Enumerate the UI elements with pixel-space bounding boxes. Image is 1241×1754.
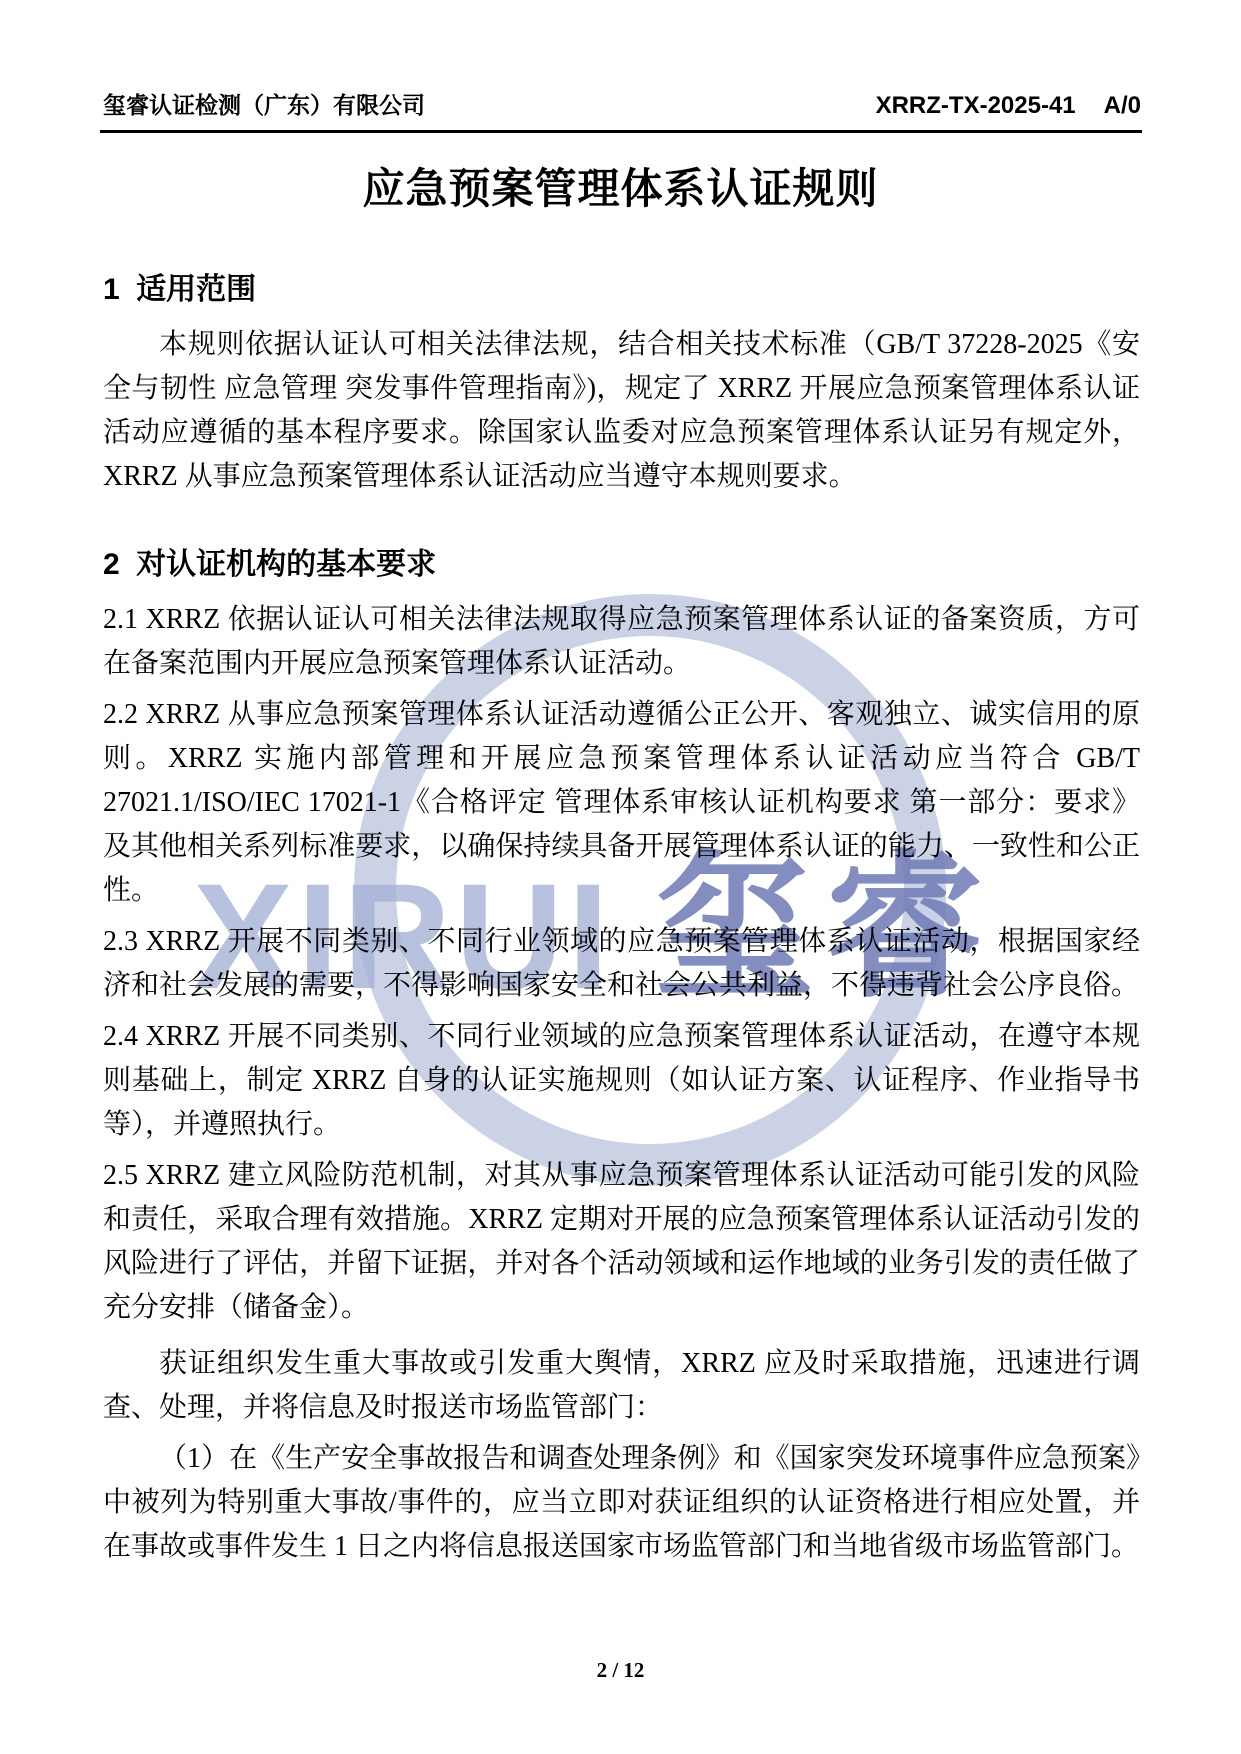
document-page: XIRUI 玺睿 玺睿认证检测（广东）有限公司 XRRZ-TX-2025-41A… [0,0,1241,1754]
section-2-heading: 2对认证机构的基本要求 [103,540,1140,590]
header-doc-ref: XRRZ-TX-2025-41A/0 [876,93,1141,119]
section-1-heading: 1适用范围 [103,265,1140,315]
page-header: 玺睿认证检测（广东）有限公司 XRRZ-TX-2025-41A/0 [103,92,1141,119]
paragraph: （1）在《生产安全事故报告和调查处理条例》和《国家突发环境事件应急预案》中被列为… [103,1437,1140,1569]
page-number: 2 / 12 [597,1658,645,1682]
paragraph: 获证组织发生重大事故或引发重大舆情，XRRZ 应及时采取措施，迅速进行调查、处理… [103,1342,1140,1430]
section-2-number: 2 [103,548,120,581]
section-1-number: 1 [103,273,120,306]
paragraph: 2.3 XRRZ 开展不同类别、不同行业领域的应急预案管理体系认证活动，根据国家… [103,920,1140,1008]
paragraph: 2.1 XRRZ 依据认证认可相关法律法规取得应急预案管理体系认证的备案资质，方… [103,598,1140,686]
section-2-title: 对认证机构的基本要求 [136,548,436,581]
header-revision: A/0 [1104,92,1141,119]
paragraph: 2.5 XRRZ 建立风险防范机制，对其从事应急预案管理体系认证活动可能引发的风… [103,1154,1140,1330]
header-divider [100,130,1142,133]
header-company-name: 玺睿认证检测（广东）有限公司 [103,92,425,118]
paragraph: 本规则依据认证认可相关法律法规，结合相关技术标准（GB/T 37228-2025… [103,323,1140,499]
page-title: 应急预案管理体系认证规则 [0,167,1241,213]
paragraph: 2.4 XRRZ 开展不同类别、不同行业领域的应急预案管理体系认证活动，在遵守本… [103,1015,1140,1147]
header-doc-number: XRRZ-TX-2025-41 [876,92,1076,119]
page-footer: 2 / 12 [0,1656,1241,1684]
paragraph: 2.2 XRRZ 从事应急预案管理体系认证活动遵循公正公开、客观独立、诚实信用的… [103,693,1140,913]
section-1-title: 适用范围 [136,273,256,306]
document-body: 1适用范围 本规则依据认证认可相关法律法规，结合相关技术标准（GB/T 3722… [103,265,1140,1576]
